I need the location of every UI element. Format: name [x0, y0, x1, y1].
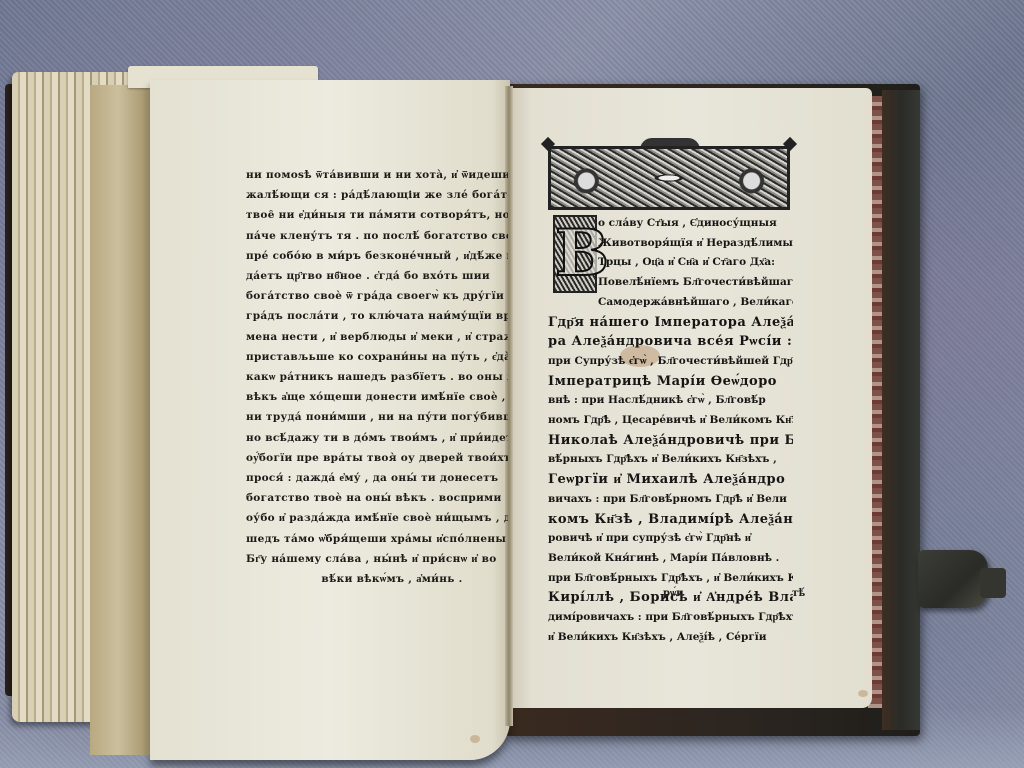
text-line: внѣ : при Наслѣ́дникѣ є҆гѡ̀ , Бл҃говѣ́р: [548, 391, 793, 411]
text-line: Повелѣ́нїемъ Бл҃гочести́вѣйшаго: [548, 273, 793, 293]
page-stain: [470, 735, 480, 743]
text-line: Гдр҃я на́шего Імператора Алеѯа́нд: [548, 313, 793, 333]
text-line: Вели́кой Кня́гинѣ , Марі́и Па́вловнѣ .: [548, 549, 793, 569]
text-line: па́че клену́тъ тя . по послѣ́ богатство …: [246, 226, 508, 246]
text-line: вѣ́рныхъ Гдр҃ѣхъ и҆ Вели́кихъ Кн҃зѣхъ ,: [548, 450, 793, 470]
left-page-text: ни помоѕѣ ѿта́вивши и ни хота̀, и҆ ѿидеш…: [246, 165, 508, 589]
text-line: оу́бо и҆ разда́жда имѣ́нїе своѐ ни́щымъ …: [246, 508, 508, 528]
text-line: гра́дъ посла́ти , то клю́чата наи́му́щїи…: [246, 306, 508, 326]
text-line: вѣкъ а҆ще хо́щеши донести имѣ́нїе своѐ ,: [246, 387, 508, 407]
text-line: но всѣ́дажу ти в до́мъ твои́мъ , и҆ при́…: [246, 428, 508, 448]
page-signature-mark: рѡ́к: [663, 588, 683, 599]
text-line: Животворя́щїя и҆ Нераздѣ́лимыя: [548, 234, 793, 254]
text-line: и҆ Вели́кихъ Кн҃зѣхъ , Алеѯі́ѣ , Се́ргїи: [548, 628, 793, 648]
text-line: ни труда́ пони́мши , ни на пу́ти погу́би…: [246, 407, 508, 427]
text-line-final: вѣ́ки вѣкѡ́мъ , а҆ми́нь .: [246, 569, 508, 589]
text-line: Николаѣ Алеѯа́ндровичѣ при Бл҃го: [548, 431, 793, 451]
text-line: да́етъ цр҃тво нб҃ное . є҆гда́ бо вхо́ть …: [246, 266, 508, 286]
right-page-text: о сла́ву Ст҃ыя , Є҆диносу́щныя Животворя…: [548, 214, 793, 647]
text-line: димі́ровичахъ : при Бл҃говѣ́рныхъ Гдр҃ѣх…: [548, 608, 793, 628]
text-line: оу҆́богїи пре вра́ты твоя̀ оу дверей тво…: [246, 448, 508, 468]
text-line: шедъ та́мо ѡ҆бря́щеши хра́мы и҆спо́лнены…: [246, 529, 508, 549]
text-line: Самодержа́внѣйшаго , Вели́каго: [548, 293, 793, 313]
text-line: Геѡргїи и҆ Михаилѣ Алеѯа́ндро: [548, 470, 793, 490]
text-line: при Бл҃говѣ́рныхъ Гдр҃ѣхъ , и҆ Вели́кихъ…: [548, 569, 793, 589]
text-line: Бг҃у на́шему сла́ва , ны́нѣ и҆ при́снѡ и…: [246, 549, 508, 569]
text-line: прося́ : дажда́ е҆му́ , да оны́ ти донес…: [246, 468, 508, 488]
text-line: о сла́ву Ст҃ыя , Є҆диносу́щныя: [548, 214, 793, 234]
ornamental-headpiece: [548, 146, 790, 210]
cover-board-edge: [882, 90, 920, 730]
text-line: номъ Гдр҃ѣ , Цесаре́вичѣ и҆ Вели́комъ Кн…: [548, 411, 793, 431]
text-line: жалѣ́ющи ся : ра́дѣ́лающіи же зле́ бога́…: [246, 185, 508, 205]
page-stain: [858, 690, 868, 697]
catchword: тѣ́: [792, 588, 805, 599]
text-line: богатство твоѐ на оны́ вѣкъ . восприми: [246, 488, 508, 508]
text-line: комъ Кн҃зѣ , Владимі́рѣ Алеѯа́нд: [548, 510, 793, 530]
text-line: мена нести , и҆ верблюды и҆ меки , и҆ ст…: [246, 327, 508, 347]
text-line: ровичѣ и҆ при супру́зѣ є҆гѡ̀ Гдр҃нѣ и҆: [548, 529, 793, 549]
text-line: пре́ собо́ю в ми́ръ безконе́чный , и҆дѣ́…: [246, 246, 508, 266]
clasp-tip: [980, 568, 1006, 598]
text-line: при Супру́зѣ є҆гѡ̀ , Бл҃гочести́вѣйшей Г…: [548, 352, 793, 372]
text-line: какѡ ра́тникъ нашедъ разбїетъ . во оны ж…: [246, 367, 508, 387]
metal-clasp: [918, 550, 988, 608]
text-line: ни помоѕѣ ѿта́вивши и ни хота̀, и҆ ѿидеш…: [246, 165, 508, 185]
text-line: твое̑ ни е҆ди́ныя ти па́мяти сотворя́тъ,…: [246, 205, 508, 225]
text-line: ра Алеѯа́ндровича все́я Рѡсі́и :: [548, 332, 793, 352]
text-line: Імператрицѣ Марі́и Ѳеѡ́доро: [548, 372, 793, 392]
text-line: вичахъ : при Бл҃говѣ́рномъ Гдр҃ѣ и҆ Вели: [548, 490, 793, 510]
text-line: пристављьше ко сохрани́ны на пу́ть , є҆д…: [246, 347, 508, 367]
text-line: бога́тство своѐ ѿ гра́да своегѡ̀ къ дру́…: [246, 286, 508, 306]
text-line: Трцы , Оц҃а и҆ Сн҃а и҆ Ст҃аго Дх҃а:: [548, 253, 793, 273]
